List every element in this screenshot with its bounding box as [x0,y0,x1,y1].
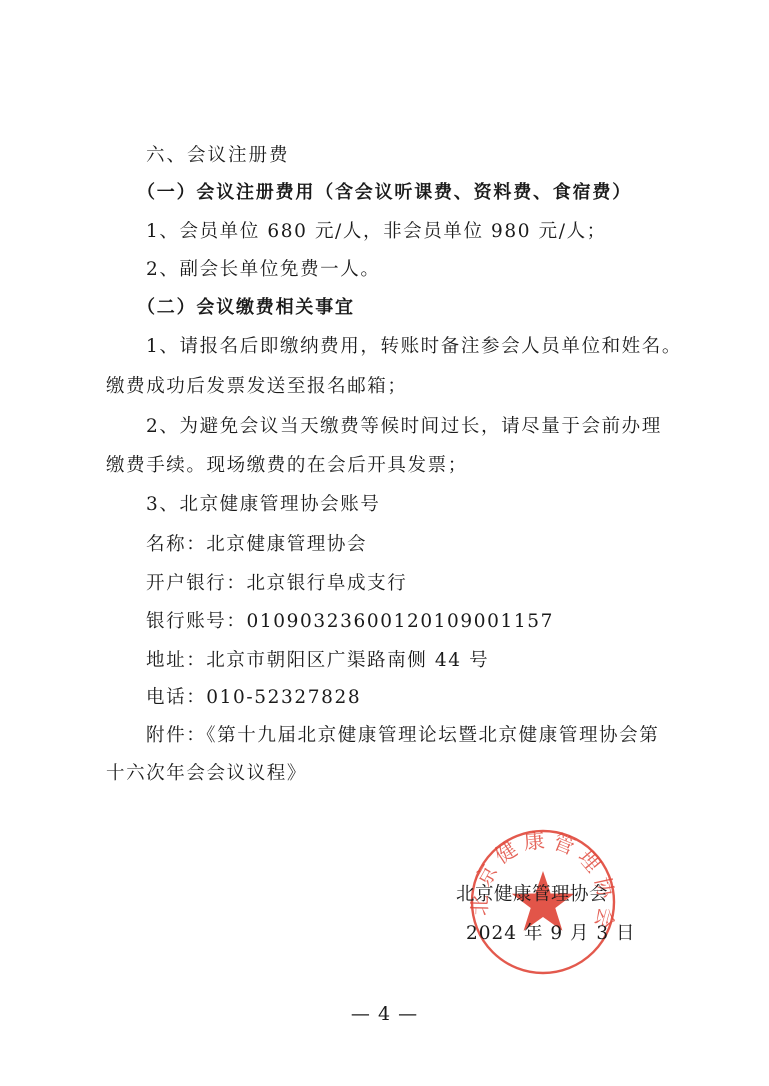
signature-date: 2024 年 9 月 3 日 [466,922,636,946]
payment-item-2-line1: 2、为避免会议当天缴费等候时间过长，请尽量于会前办理 [146,415,662,439]
attachment-line2: 十六次年会会议议程》 [106,762,307,786]
payment-item-2-line2: 缴费手续。现场缴费的在会后开具发票； [106,454,468,478]
account-address: 地址：北京市朝阳区广渠路南侧 44 号 [146,649,489,673]
signature-organization: 北京健康管理协会 [456,883,608,907]
account-bank: 开户银行：北京银行阜成支行 [146,572,407,596]
payment-item-1-line2: 缴费成功后发票发送至报名邮箱； [106,375,408,399]
account-name: 名称：北京健康管理协会 [146,533,367,557]
account-phone: 电话：010-52327828 [146,686,361,710]
payment-item-3: 3、北京健康管理协会账号 [146,493,380,517]
payment-item-1-line1: 1、请报名后即缴纳费用，转账时备注参会人员单位和姓名。 [146,335,682,359]
attachment-line1: 附件：《第十九届北京健康管理论坛暨北京健康管理协会第 [146,724,659,748]
fee-item-1: 1、会员单位 680 元/人，非会员单位 980 元/人； [146,220,607,244]
fee-item-2: 2、副会长单位免费一人。 [146,258,380,282]
subsection-2-title: （二）会议缴费相关事宜 [137,296,355,320]
subsection-1-title: （一）会议注册费用（含会议听课费、资料费、食宿费） [137,181,632,205]
account-number: 银行账号：01090323600120109001157 [146,610,554,634]
document-page: 六、会议注册费 （一）会议注册费用（含会议听课费、资料费、食宿费） 1、会员单位… [0,0,769,1086]
page-number: — 4 — [0,1003,769,1025]
section-title: 六、会议注册费 [146,144,290,168]
